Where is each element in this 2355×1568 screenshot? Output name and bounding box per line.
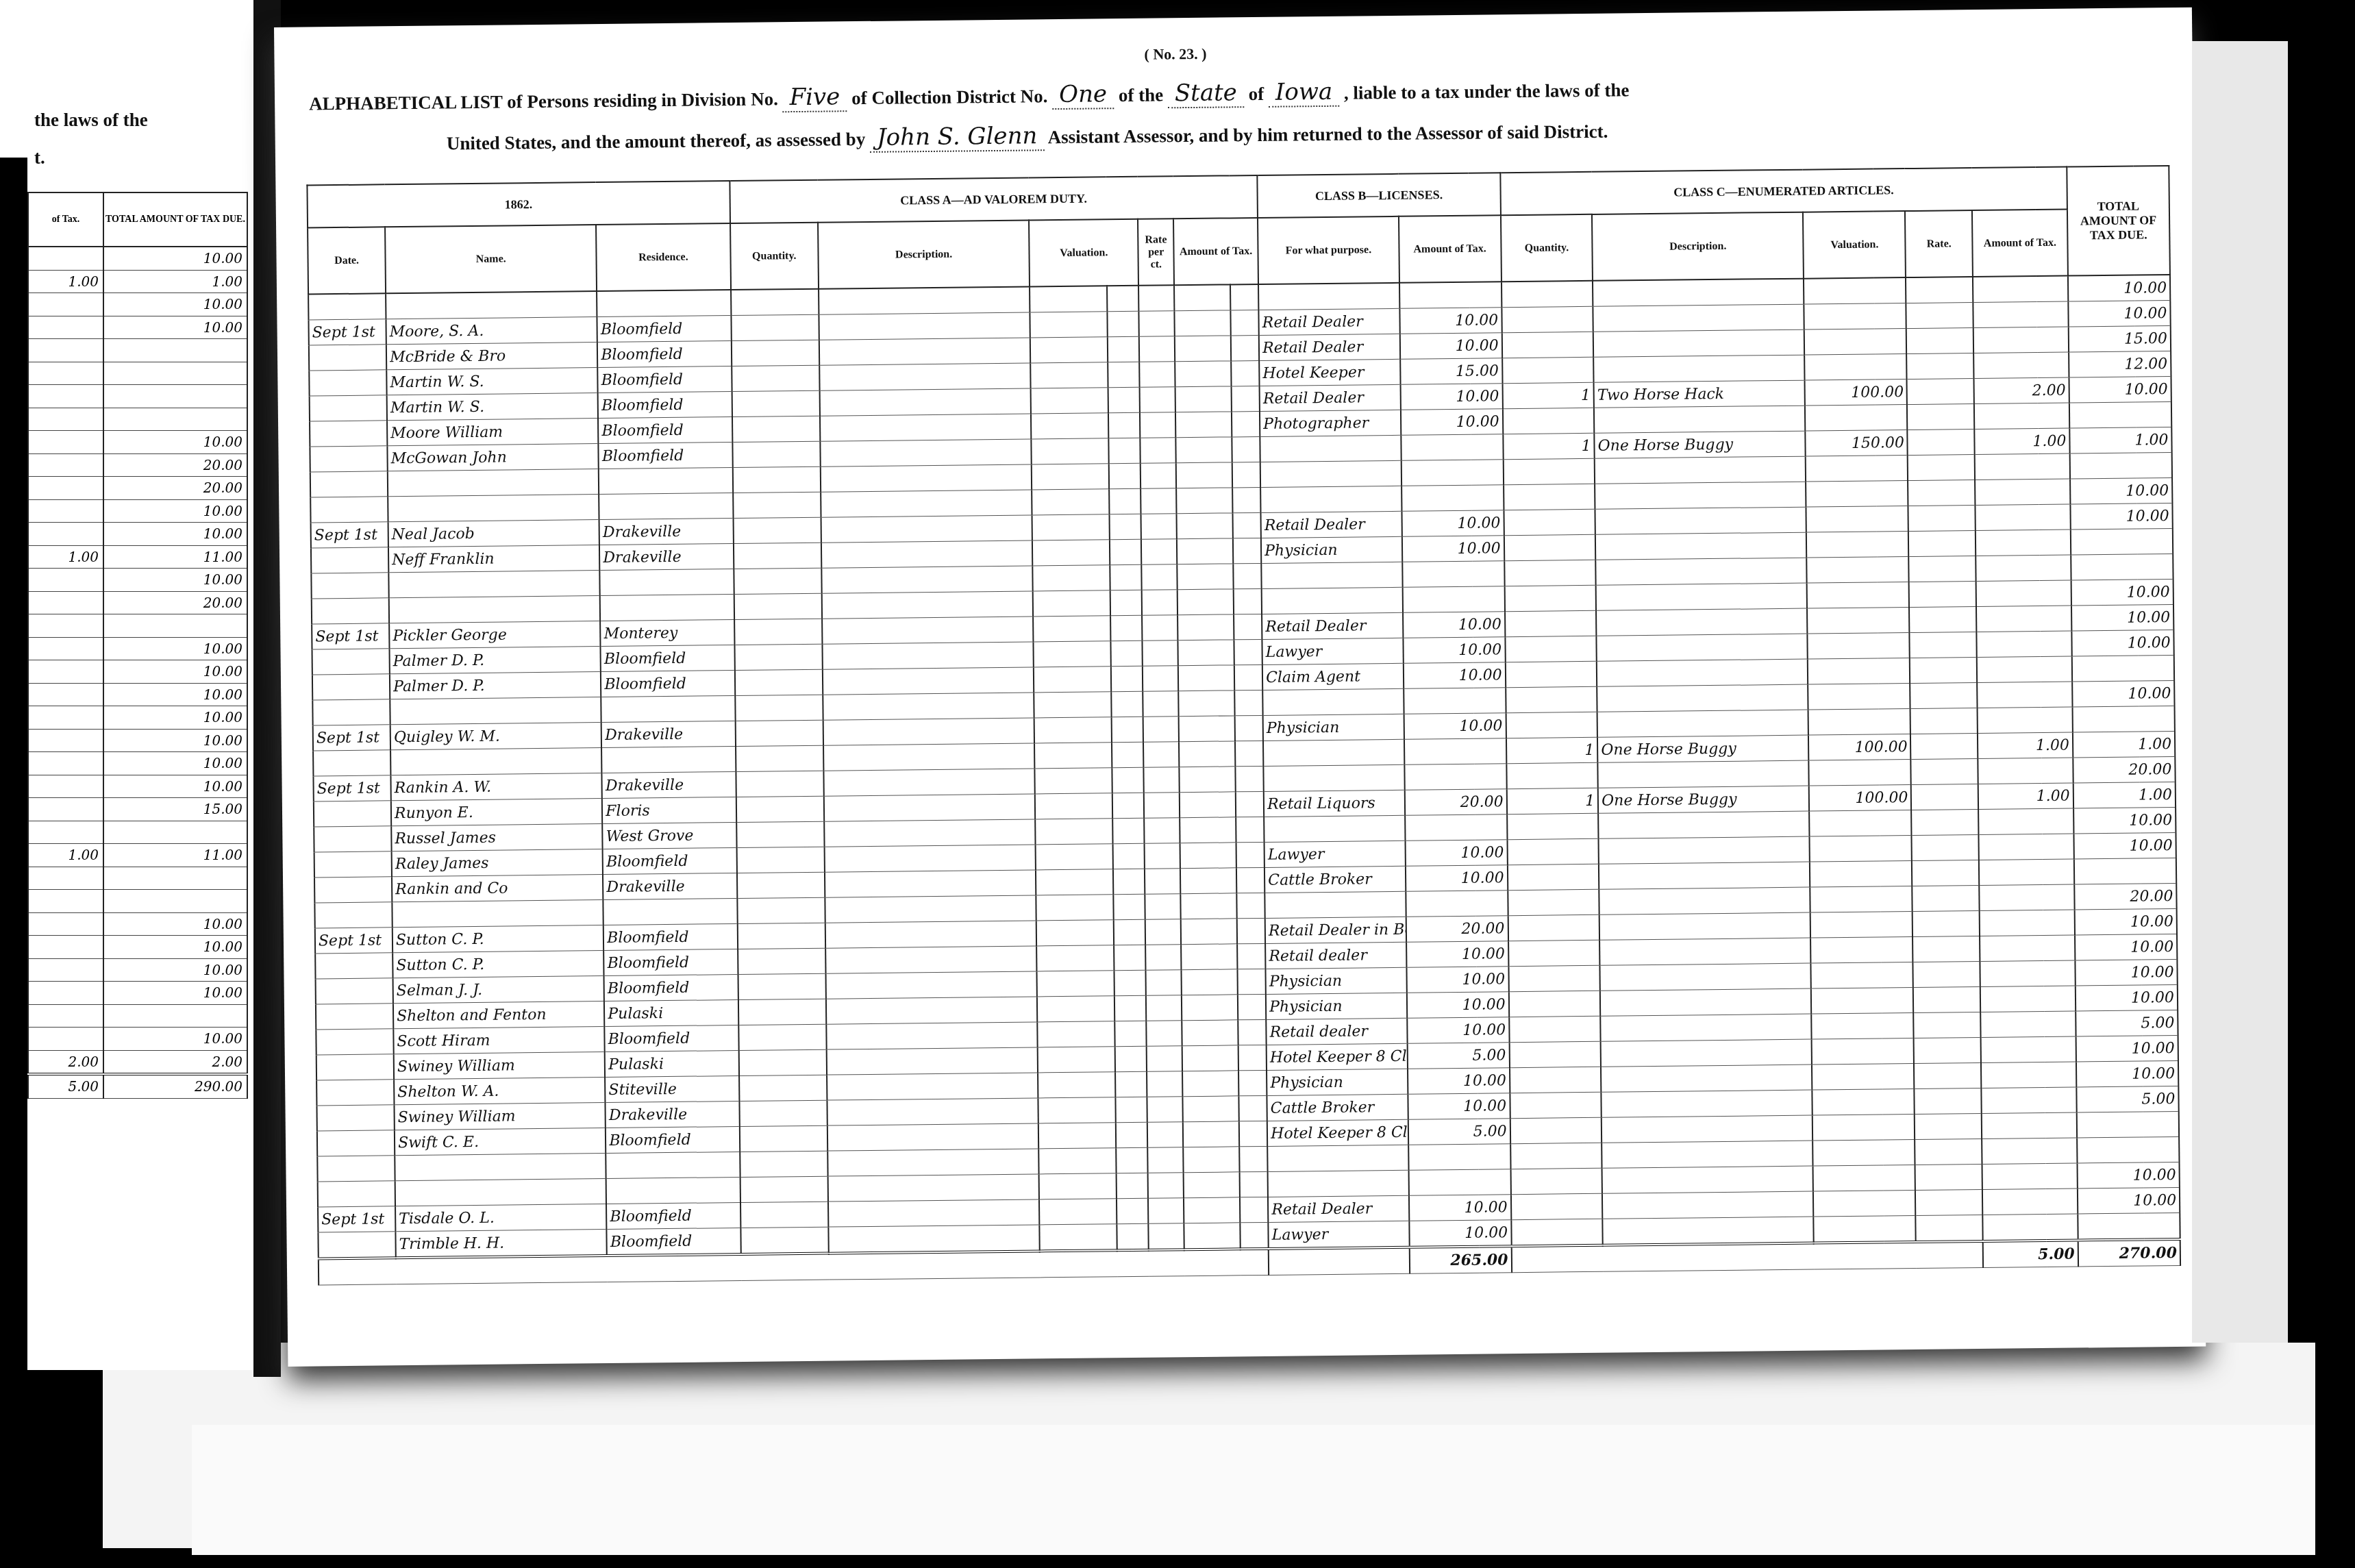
left-header-line1: the laws of the	[34, 110, 148, 131]
col-c-amount: Amount of Tax.	[1972, 210, 2068, 277]
a-amount-cents-cell	[1230, 284, 1258, 310]
district-number: One	[1052, 80, 1114, 110]
a-description-cell	[820, 414, 1032, 441]
name-cell: Swiney William	[394, 1103, 606, 1130]
c-valuation-cell	[1811, 962, 1913, 989]
left-tax-cell	[28, 385, 103, 408]
a-rate-cell	[1139, 311, 1175, 337]
purpose-cell	[1258, 283, 1399, 310]
a-quantity-cell	[738, 973, 826, 999]
name-cell	[390, 697, 601, 725]
c-valuation-cell	[1805, 405, 1907, 432]
c-quantity-cell	[1510, 1117, 1602, 1143]
residence-cell	[597, 290, 731, 317]
state-name: Iowa	[1269, 78, 1340, 108]
a-amount-cents-cell	[1240, 1171, 1268, 1197]
a-valuation-dollars-cell	[1031, 413, 1108, 439]
a-valuation-dollars-cell	[1038, 1097, 1116, 1123]
right-page-ledger: ( No. 23. ) ALPHABETICAL LIST of Persons…	[274, 8, 2206, 1367]
total-cell: 10.00	[2070, 478, 2173, 505]
c-rate-cell	[1906, 303, 1973, 329]
a-valuation-dollars-cell	[1034, 641, 1111, 667]
name-cell: Rankin and Co	[392, 875, 603, 902]
name-cell	[388, 469, 599, 497]
a-valuation-cents-cell	[1108, 362, 1140, 387]
c-quantity-cell	[1502, 357, 1594, 383]
a-quantity-cell	[738, 1024, 827, 1050]
name-cell: Raley James	[392, 849, 603, 877]
purpose-cell: Retail Dealer	[1262, 612, 1403, 639]
purpose-cell: Lawyer	[1269, 1221, 1410, 1249]
a-amount-cents-cell	[1238, 1019, 1266, 1045]
c-description-cell	[1596, 583, 1808, 610]
col-b-purpose: For what purpose.	[1258, 216, 1399, 284]
a-rate-cell	[1147, 1097, 1183, 1123]
name-cell: Sutton C. P.	[392, 951, 604, 978]
left-tax-cell	[28, 890, 103, 913]
date-cell: Sept 1st	[318, 1206, 395, 1232]
a-amount-dollars-cell	[1175, 437, 1232, 463]
total-cell: 1.00	[2073, 782, 2176, 808]
left-tax-cell: 1.00	[28, 270, 103, 293]
a-amount-dollars-cell	[1177, 538, 1234, 564]
c-rate-cell	[1914, 1012, 1981, 1038]
a-amount-dollars-cell	[1179, 741, 1236, 767]
c-rate-cell	[1914, 1062, 1981, 1088]
a-valuation-cents-cell	[1114, 945, 1146, 970]
c-rate-cell	[1910, 658, 1977, 684]
a-description-cell	[823, 743, 1035, 771]
col-a-description: Description.	[818, 220, 1030, 288]
total-header: TOTAL AMOUNT OF TAX DUE.	[2067, 166, 2170, 276]
a-rate-cell	[1146, 995, 1182, 1021]
residence-cell: Pulaski	[605, 1050, 739, 1077]
total-cell	[2070, 453, 2173, 480]
c-amount-cell	[1975, 479, 2070, 505]
left-total-cell	[103, 821, 247, 844]
b-amount-cell: 10.00	[1408, 1093, 1510, 1120]
col-name: Name.	[385, 225, 597, 293]
b-amount-cell	[1401, 434, 1503, 461]
a-amount-dollars-cell	[1180, 868, 1237, 894]
a-description-cell	[827, 1073, 1038, 1100]
left-ledger-row: 20.00	[28, 477, 247, 500]
c-rate-cell	[1915, 1113, 1982, 1139]
a-quantity-cell	[734, 568, 822, 594]
left-total-cell	[103, 867, 247, 890]
a-valuation-cents-cell	[1111, 640, 1143, 666]
left-total-cell: 10.00	[103, 293, 247, 316]
a-valuation-dollars-cell	[1033, 590, 1110, 617]
a-amount-dollars-cell	[1183, 1121, 1240, 1147]
c-description-cell	[1597, 710, 1809, 737]
c-rate-cell	[1915, 1189, 1982, 1215]
date-cell	[309, 370, 386, 396]
a-valuation-dollars-cell	[1034, 692, 1111, 718]
left-ledger-row: 1.001.00	[28, 270, 247, 293]
a-rate-cell	[1140, 387, 1175, 413]
c-description-cell	[1602, 1141, 1813, 1168]
b-amount-cell	[1401, 460, 1503, 486]
b-amount-cell: 10.00	[1403, 612, 1505, 638]
c-amount-cell: 2.00	[1974, 377, 2069, 403]
date-cell	[314, 801, 391, 827]
left-ledger-row: 15.00	[28, 798, 247, 821]
left-total-cell: 10.00	[103, 958, 247, 982]
left-tax-cell	[28, 821, 103, 844]
left-ledger-row: 10.00	[28, 569, 247, 592]
a-amount-cents-cell	[1230, 310, 1258, 335]
name-cell	[388, 495, 599, 522]
total-cell	[2077, 1136, 2180, 1163]
a-amount-cents-cell	[1237, 943, 1265, 969]
total-cell: 10.00	[2075, 959, 2178, 986]
a-quantity-cell	[740, 1176, 828, 1202]
a-valuation-dollars-cell	[1033, 616, 1110, 642]
name-cell: Runyon E.	[391, 799, 603, 826]
left-ledger-row: 10.00	[28, 912, 247, 936]
a-valuation-cents-cell	[1112, 717, 1144, 742]
a-amount-dollars-cell	[1175, 412, 1232, 438]
c-rate-cell	[1909, 582, 1976, 608]
purpose-cell: Photographer	[1260, 410, 1401, 436]
date-cell	[310, 497, 388, 523]
a-valuation-cents-cell	[1115, 1071, 1147, 1097]
purpose-cell: Retail Dealer	[1260, 384, 1401, 411]
purpose-cell: Cattle Broker	[1267, 1094, 1408, 1121]
residence-cell: Drakeville	[606, 1101, 740, 1128]
total-cell: 15.00	[2069, 326, 2171, 353]
left-tax-cell	[28, 431, 103, 454]
a-amount-cents-cell	[1235, 715, 1263, 741]
b-amount-cell: 10.00	[1407, 992, 1509, 1019]
total-cell	[2078, 1212, 2180, 1240]
c-amount-cell	[1976, 580, 2071, 606]
left-ledger-row: 10.00	[28, 683, 247, 706]
a-valuation-cents-cell	[1108, 387, 1141, 412]
c-quantity-cell	[1508, 965, 1600, 991]
c-amount-cell	[1981, 1087, 2076, 1113]
c-description-cell	[1600, 988, 1812, 1016]
date-cell	[312, 674, 390, 700]
a-amount-cents-cell	[1233, 563, 1261, 588]
a-amount-cents-cell	[1239, 1146, 1267, 1171]
c-quantity-cell: 1	[1502, 382, 1594, 408]
c-description-cell	[1596, 608, 1808, 636]
c-rate-cell	[1912, 886, 1980, 912]
c-rate-cell	[1915, 1088, 1982, 1114]
b-amount-cell: 10.00	[1405, 840, 1507, 867]
a-amount-cents-cell	[1236, 842, 1264, 867]
name-cell	[388, 571, 600, 598]
left-tax-cell	[28, 637, 103, 660]
c-amount-cell	[1978, 808, 2073, 834]
c-amount-cell	[1980, 986, 2076, 1012]
a-amount-dollars-cell	[1181, 919, 1238, 945]
purpose-cell: Physician	[1266, 967, 1407, 994]
left-col-tax: of Tax.	[28, 192, 103, 247]
a-valuation-dollars-cell	[1032, 540, 1110, 566]
b-amount-cell	[1401, 485, 1504, 512]
c-quantity-cell	[1510, 1092, 1602, 1118]
c-description-cell	[1601, 1039, 1812, 1067]
name-cell: Quigley W. M.	[390, 723, 602, 750]
c-amount-cell	[1976, 631, 2071, 657]
c-rate-cell	[1906, 328, 1973, 354]
residence-cell: Bloomfield	[597, 316, 732, 343]
c-quantity-cell: 1	[1506, 737, 1598, 763]
a-amount-cents-cell	[1234, 588, 1262, 614]
name-cell: Pickler George	[389, 621, 601, 649]
c-description-cell	[1602, 1115, 1813, 1143]
a-amount-dollars-cell	[1182, 1045, 1239, 1071]
c-amount-cell	[1982, 1189, 2078, 1215]
c-quantity-cell	[1505, 610, 1597, 636]
left-ledger-row: 1.0011.00	[28, 545, 247, 569]
left-total-cell: 10.00	[103, 499, 247, 523]
a-amount-dollars-cell	[1175, 386, 1232, 412]
left-tax-cell: 1.00	[28, 844, 103, 867]
c-amount-cell	[1976, 606, 2071, 632]
a-description-cell	[828, 1199, 1040, 1227]
a-amount-cents-cell	[1232, 462, 1260, 487]
a-description-cell	[825, 971, 1037, 999]
date-cell	[311, 547, 388, 573]
purpose-cell: Physician	[1261, 536, 1402, 563]
c-description-cell	[1600, 1014, 1812, 1041]
left-tax-cell	[28, 408, 103, 431]
col-a-quantity: Quantity.	[730, 223, 819, 290]
a-amount-dollars-cell	[1177, 614, 1234, 640]
c-quantity-cell	[1508, 940, 1600, 966]
a-valuation-cents-cell	[1117, 1198, 1149, 1223]
a-amount-cents-cell	[1234, 690, 1262, 715]
c-amount-total: 5.00	[1983, 1241, 2078, 1268]
a-amount-cents-cell	[1233, 512, 1261, 538]
c-amount-cell	[1978, 707, 2073, 733]
c-description-cell: One Horse Buggy	[1595, 431, 1806, 458]
name-cell	[392, 900, 603, 928]
c-amount-cell	[1982, 1138, 2077, 1164]
c-quantity-cell	[1504, 509, 1595, 535]
residence-cell	[600, 569, 734, 596]
purpose-cell	[1260, 486, 1401, 512]
c-description-cell	[1594, 406, 1806, 433]
b-amount-cell: 10.00	[1402, 536, 1504, 562]
a-amount-cents-cell	[1232, 487, 1260, 512]
totals-c-spacer	[1511, 1241, 1983, 1273]
a-amount-cents-cell	[1233, 538, 1261, 563]
a-valuation-cents-cell	[1115, 1021, 1147, 1046]
a-amount-cents-cell	[1236, 893, 1264, 918]
left-ledger-row: 10.00	[28, 499, 247, 523]
left-total-cell	[103, 1004, 247, 1028]
left-total-cell: 10.00	[103, 316, 247, 339]
a-amount-cents-cell	[1240, 1197, 1268, 1222]
a-quantity-cell	[734, 644, 823, 670]
a-amount-dollars-cell	[1174, 310, 1231, 336]
a-valuation-dollars-cell	[1037, 971, 1114, 997]
c-quantity-cell	[1502, 332, 1593, 358]
a-description-cell	[823, 667, 1034, 695]
residence-cell: Bloomfield	[607, 1228, 741, 1256]
purpose-cell: Hotel Keeper 8 Class	[1267, 1043, 1408, 1070]
a-rate-cell	[1141, 438, 1176, 464]
col-c-quantity: Quantity.	[1501, 214, 1593, 282]
date-cell	[316, 1054, 394, 1080]
b-amount-cell: 10.00	[1409, 1220, 1511, 1247]
a-rate-cell	[1146, 970, 1182, 996]
c-valuation-cell	[1812, 1013, 1914, 1040]
c-description-cell	[1601, 1065, 1812, 1092]
a-amount-dollars-cell	[1184, 1197, 1241, 1223]
a-rate-cell	[1145, 818, 1180, 844]
c-amount-cell	[1980, 1011, 2076, 1037]
a-amount-cents-cell	[1234, 614, 1262, 639]
total-cell	[2074, 858, 2177, 884]
a-rate-cell	[1143, 666, 1178, 692]
c-amount-cell	[1982, 1112, 2077, 1138]
c-quantity-cell	[1503, 408, 1595, 434]
date-cell	[317, 1156, 395, 1182]
a-amount-cents-cell	[1237, 918, 1265, 943]
c-valuation-cell	[1812, 1038, 1914, 1065]
c-valuation-cell: 150.00	[1806, 430, 1908, 457]
name-cell: Martin W. S.	[386, 368, 598, 395]
c-quantity-cell	[1505, 661, 1597, 687]
c-rate-cell	[1907, 379, 1974, 405]
purpose-cell: Retail Dealer	[1259, 334, 1400, 360]
a-valuation-cents-cell	[1110, 590, 1143, 615]
c-quantity-cell	[1508, 991, 1600, 1017]
a-valuation-cents-cell	[1114, 894, 1146, 919]
a-rate-cell	[1143, 691, 1179, 717]
name-cell: McBride & Bro	[386, 343, 598, 370]
c-amount-cell	[1976, 555, 2071, 581]
left-total-cell: 10.00	[103, 936, 247, 959]
a-rate-cell	[1146, 945, 1182, 971]
b-amount-cell: 10.00	[1409, 1195, 1511, 1221]
left-ledger-row	[28, 408, 247, 431]
a-amount-cents-cell	[1238, 1045, 1267, 1070]
c-valuation-cell	[1807, 557, 1909, 584]
a-description-cell	[823, 718, 1035, 745]
a-amount-cents-cell	[1236, 791, 1264, 817]
c-valuation-cell	[1806, 456, 1908, 482]
c-quantity-cell: 1	[1506, 788, 1598, 814]
left-tax-cell	[28, 660, 103, 684]
left-tax-cell	[28, 729, 103, 752]
c-amount-cell	[1978, 758, 2073, 784]
a-amount-dollars-cell	[1178, 665, 1235, 691]
c-valuation-cell	[1808, 684, 1910, 710]
tax-ledger-table: 1862. CLASS A—AD VALOREM DUTY. CLASS B—L…	[306, 165, 2181, 1285]
a-valuation-cents-cell	[1108, 336, 1140, 362]
a-valuation-dollars-cell	[1038, 1148, 1116, 1174]
a-rate-cell	[1142, 590, 1177, 616]
total-cell: 10.00	[2072, 681, 2175, 708]
purpose-cell	[1261, 562, 1402, 588]
left-tax-cell	[28, 912, 103, 936]
left-ledger-row: 10.00	[28, 729, 247, 752]
total-cell	[2071, 529, 2173, 556]
c-valuation-cell	[1806, 532, 1908, 558]
left-ledger-row	[28, 1004, 247, 1028]
left-tax-cell	[28, 523, 103, 546]
a-rate-cell	[1145, 843, 1180, 869]
date-cell	[310, 471, 388, 497]
c-rate-cell	[1910, 632, 1977, 658]
c-valuation-cell	[1813, 1190, 1915, 1217]
c-valuation-cell: 100.00	[1805, 379, 1907, 406]
total-cell: 1.00	[2069, 427, 2172, 454]
a-valuation-cents-cell	[1114, 919, 1146, 945]
c-description-cell	[1595, 532, 1807, 560]
c-valuation-cell	[1810, 912, 1912, 938]
residence-cell	[606, 1152, 740, 1178]
total-cell: 10.00	[2076, 984, 2178, 1011]
c-description-cell	[1597, 659, 1808, 686]
date-cell	[316, 978, 393, 1004]
purpose-cell	[1263, 739, 1404, 766]
left-ledger-table: of Tax. TOTAL AMOUNT OF TAX DUE. 10.001.…	[27, 192, 248, 1099]
a-rate-cell	[1141, 463, 1176, 489]
a-quantity-cell	[739, 1100, 827, 1126]
purpose-cell: Lawyer	[1262, 638, 1404, 664]
a-valuation-cents-cell	[1116, 1097, 1148, 1122]
name-cell: Tisdale O. L.	[395, 1204, 607, 1232]
b-amount-cell: 5.00	[1408, 1119, 1510, 1145]
a-quantity-cell	[736, 771, 824, 797]
left-tax-cell	[28, 1028, 103, 1051]
c-amount-cell	[1975, 453, 2070, 480]
left-total-cell	[103, 362, 247, 385]
a-valuation-dollars-cell	[1038, 1047, 1115, 1073]
left-tax-cell	[28, 477, 103, 500]
c-rate-cell	[1916, 1215, 1983, 1242]
left-ledger-row: 10.00	[28, 982, 247, 1005]
a-quantity-cell	[731, 340, 819, 366]
a-valuation-dollars-cell	[1032, 514, 1110, 540]
total-cell	[2069, 402, 2172, 429]
a-amount-dollars-cell	[1182, 1071, 1239, 1097]
a-valuation-dollars-cell	[1036, 920, 1114, 946]
b-amount-cell: 10.00	[1406, 941, 1508, 968]
total-cell	[2071, 554, 2173, 581]
c-quantity-cell	[1503, 458, 1595, 484]
purpose-cell: Claim Agent	[1262, 663, 1404, 690]
a-valuation-cents-cell	[1109, 438, 1141, 463]
a-description-cell	[824, 819, 1036, 847]
b-amount-cell: 10.00	[1407, 1017, 1509, 1044]
a-rate-cell	[1140, 362, 1175, 388]
name-cell: Selman J. J.	[393, 976, 605, 1004]
a-amount-dollars-cell	[1176, 513, 1233, 539]
a-quantity-cell	[735, 720, 823, 746]
a-valuation-cents-cell	[1111, 666, 1143, 691]
a-rate-cell	[1147, 1046, 1182, 1072]
date-cell: Sept 1st	[313, 725, 390, 751]
residence-cell: Bloomfield	[597, 341, 732, 368]
b-amount-cell	[1408, 1169, 1510, 1196]
a-amount-dollars-cell	[1180, 792, 1236, 818]
a-amount-cents-cell	[1240, 1222, 1268, 1249]
left-ledger-row: 10.00	[28, 293, 247, 316]
a-valuation-dollars-cell	[1032, 464, 1109, 490]
a-description-cell	[827, 1047, 1038, 1075]
residence-cell: Bloomfield	[603, 923, 738, 950]
residence-cell: Drakeville	[599, 544, 734, 571]
